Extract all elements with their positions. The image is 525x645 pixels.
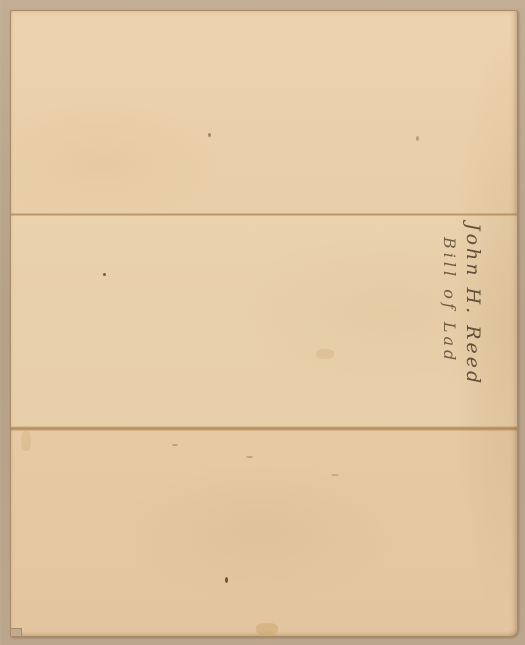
ink-speck (225, 577, 228, 583)
ink-speck (246, 456, 253, 458)
ink-speck (416, 136, 419, 141)
document-panel-bottom (11, 427, 517, 636)
handwritten-endorsement: John H. Reed Bill of Lad (432, 215, 492, 395)
fold-line-lower (11, 426, 517, 431)
endorsement-title: Bill of Lad (438, 237, 460, 395)
water-stain (256, 623, 278, 635)
endorsement-name: John H. Reed (460, 223, 486, 395)
water-stain (21, 431, 31, 451)
ink-speck (103, 273, 106, 276)
document-panel-top (11, 11, 517, 214)
ink-speck (331, 474, 339, 476)
torn-corner (11, 628, 22, 637)
water-stain (316, 349, 334, 359)
ink-speck (172, 444, 178, 446)
ink-speck (208, 133, 211, 137)
